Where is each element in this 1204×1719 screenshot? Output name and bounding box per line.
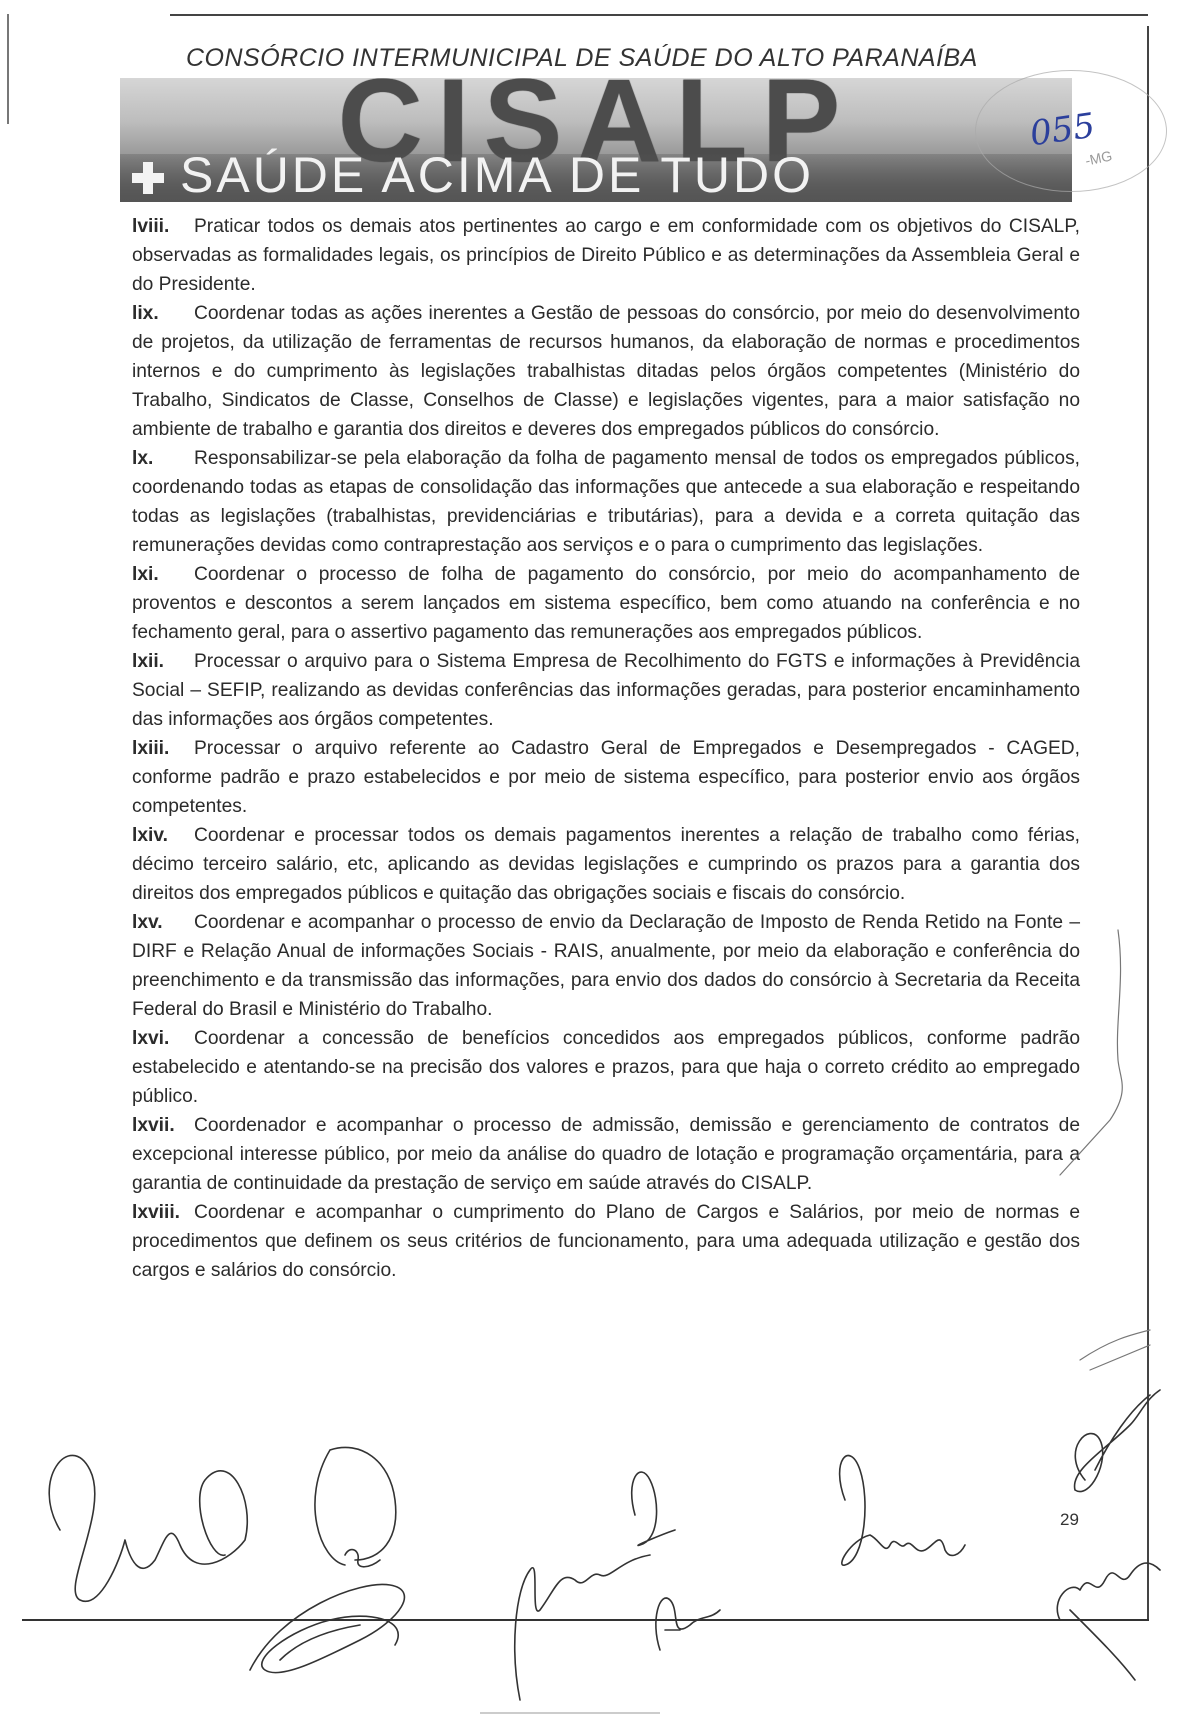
list-item: lviii.Praticar todos os demais atos pert… [132,212,1080,299]
item-number: lx. [132,444,194,473]
item-text: Coordenador e acompanhar o processo de a… [132,1115,1080,1194]
signature-icon [250,1584,404,1672]
slogan-bar: SAÚDE ACIMA DE TUDO [120,154,1072,202]
item-number: lxiv. [132,821,194,850]
margin-mark-icon [1080,1330,1150,1370]
signature-icon [49,1455,247,1601]
item-text: Praticar todos os demais atos pertinente… [132,216,1080,295]
item-text: Coordenar e processar todos os demais pa… [132,825,1080,904]
item-text: Coordenar o processo de folha de pagamen… [132,564,1080,643]
list-item: lxii.Processar o arquivo para o Sistema … [132,647,1080,734]
item-text: Responsabilizar-se pela elaboração da fo… [132,448,1080,556]
page-frame-right [1147,26,1149,1620]
item-number: lxii. [132,647,194,676]
list-item: lxi.Coordenar o processo de folha de pag… [132,560,1080,647]
item-number: lviii. [132,212,194,241]
list-item: lxv.Coordenar e acompanhar o processo de… [132,908,1080,1024]
list-item: lxiv.Coordenar e processar todos os dema… [132,821,1080,908]
signature-icon [656,1598,720,1650]
item-text: Processar o arquivo referente ao Cadastr… [132,738,1080,817]
list-item: lxiii.Processar o arquivo referente ao C… [132,734,1080,821]
item-number: lxvi. [132,1024,194,1053]
page-frame-top [170,14,1148,16]
item-text: Processar o arquivo para o Sistema Empre… [132,651,1080,730]
signature-icon [632,1472,675,1545]
item-number: lix. [132,299,194,328]
page-number: 29 [1060,1510,1079,1530]
document-body: lviii.Praticar todos os demais atos pert… [132,212,1080,1285]
item-text: Coordenar e acompanhar o cumprimento do … [132,1202,1080,1281]
item-number: lxi. [132,560,194,589]
signature-icon [345,1550,380,1567]
signature-icon [1057,1563,1160,1680]
plus-cross-icon [132,162,164,194]
slogan-text: SAÚDE ACIMA DE TUDO [180,150,814,200]
list-item: lx.Responsabilizar-se pela elaboração da… [132,444,1080,560]
item-number: lxvii. [132,1111,194,1140]
page-frame-bottom [22,1619,1149,1621]
item-number: lxiii. [132,734,194,763]
signature-icon [315,1447,396,1565]
item-text: Coordenar todas as ações inerentes a Ges… [132,303,1080,440]
signature-icon [840,1456,965,1566]
logo-banner: CISALP SAÚDE ACIMA DE TUDO [120,78,1072,202]
page-frame-left [7,14,9,124]
item-number: lxviii. [132,1198,194,1227]
list-item: lix.Coordenar todas as ações inerentes a… [132,299,1080,444]
item-number: lxv. [132,908,194,937]
signature-icon [515,1555,650,1700]
item-text: Coordenar e acompanhar o processo de env… [132,912,1080,1020]
list-item: lxvii.Coordenador e acompanhar o process… [132,1111,1080,1198]
list-item: lxvi.Coordenar a concessão de benefícios… [132,1024,1080,1111]
organization-name: CONSÓRCIO INTERMUNICIPAL DE SAÚDE DO ALT… [186,44,1066,73]
scan-smudge [480,1712,660,1714]
list-item: lxviii.Coordenar e acompanhar o cumprime… [132,1198,1080,1285]
item-text: Coordenar a concessão de benefícios conc… [132,1028,1080,1107]
